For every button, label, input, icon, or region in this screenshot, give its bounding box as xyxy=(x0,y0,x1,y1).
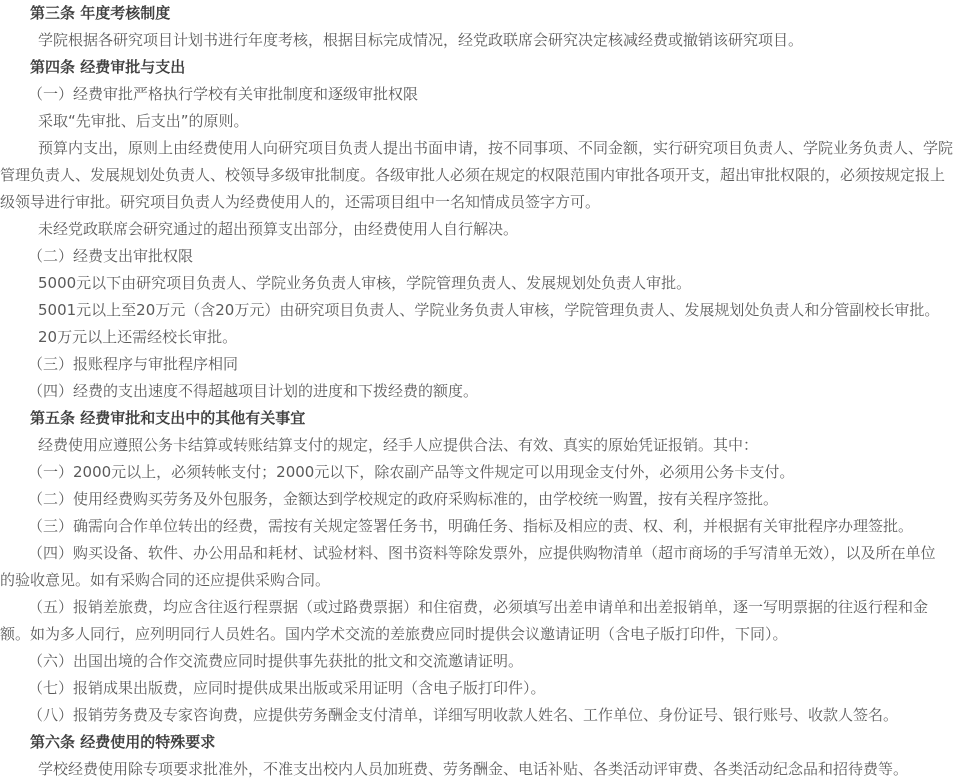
paragraph-line-continued: 级领导进行审批。研究项目负责人为经费使用人的，还需项目组中一名知情成员签字方可。 xyxy=(0,189,978,216)
paragraph-line: 经费使用应遵照公务卡结算或转账结算支付的规定，经手人应提供合法、有效、真实的原始… xyxy=(0,432,978,459)
paragraph-line: 5000元以下由研究项目负责人、学院业务负责人审核，学院管理负责人、发展规划处负… xyxy=(0,270,978,297)
clause-item: （四）经费的支出速度不得超越项目计划的进度和下拨经费的额度。 xyxy=(0,378,978,405)
paragraph-line: 预算内支出，原则上由经费使用人向研究项目负责人提出书面申请，按不同事项、不同金额… xyxy=(0,135,978,162)
paragraph-line: 未经党政联席会研究通过的超出预算支出部分，由经费使用人自行解决。 xyxy=(0,216,978,243)
article-heading: 第五条 经费审批和支出中的其他有关事宜 xyxy=(0,405,978,432)
paragraph-line: 学校经费使用除专项要求批准外，不准支出校内人员加班费、劳务酬金、电话补贴、各类活… xyxy=(0,756,978,780)
paragraph-line: 20万元以上还需经校长审批。 xyxy=(0,324,978,351)
paragraph-line: 5001元以上至20万元（含20万元）由研究项目负责人、学院业务负责人审核，学院… xyxy=(0,297,978,324)
article-heading: 第六条 经费使用的特殊要求 xyxy=(0,729,978,756)
clause-item: （一）2000元以上，必须转帐支付；2000元以下，除农副产品等文件规定可以用现… xyxy=(0,459,978,486)
article-heading: 第三条 年度考核制度 xyxy=(0,0,978,27)
paragraph-line: 学院根据各研究项目计划书进行年度考核，根据目标完成情况，经党政联席会研究决定核减… xyxy=(0,27,978,54)
article-heading: 第四条 经费审批与支出 xyxy=(0,54,978,81)
paragraph-line-continued: 的验收意见。如有采购合同的还应提供采购合同。 xyxy=(0,567,978,594)
clause-item: （一）经费审批严格执行学校有关审批制度和逐级审批权限 xyxy=(0,81,978,108)
clause-item: （六）出国出境的合作交流费应同时提供事先获批的批文和交流邀请证明。 xyxy=(0,648,978,675)
paragraph-line-continued: 额。如为多人同行，应列明同行人员姓名。国内学术交流的差旅费应同时提供会议邀请证明… xyxy=(0,621,978,648)
clause-item: （七）报销成果出版费，应同时提供成果出版或采用证明（含电子版打印件）。 xyxy=(0,675,978,702)
clause-item: （三）报账程序与审批程序相同 xyxy=(0,351,978,378)
paragraph-line: 采取“先审批、后支出”的原则。 xyxy=(0,108,978,135)
clause-item: （五）报销差旅费，均应含往返行程票据（或过路费票据）和住宿费，必须填写出差申请单… xyxy=(0,594,978,621)
document-body: 第三条 年度考核制度 学院根据各研究项目计划书进行年度考核，根据目标完成情况，经… xyxy=(0,0,978,780)
clause-item: （三）确需向合作单位转出的经费，需按有关规定签署任务书，明确任务、指标及相应的责… xyxy=(0,513,978,540)
clause-item: （八）报销劳务费及专家咨询费，应提供劳务酬金支付清单，详细写明收款人姓名、工作单… xyxy=(0,702,978,729)
clause-item: （四）购买设备、软件、办公用品和耗材、试验材料、图书资料等除发票外，应提供购物清… xyxy=(0,540,978,567)
clause-item: （二）使用经费购买劳务及外包服务，金额达到学校规定的政府采购标准的，由学校统一购… xyxy=(0,486,978,513)
paragraph-line-continued: 管理负责人、发展规划处负责人、校领导多级审批制度。各级审批人必须在规定的权限范围… xyxy=(0,162,978,189)
clause-item: （二）经费支出审批权限 xyxy=(0,243,978,270)
